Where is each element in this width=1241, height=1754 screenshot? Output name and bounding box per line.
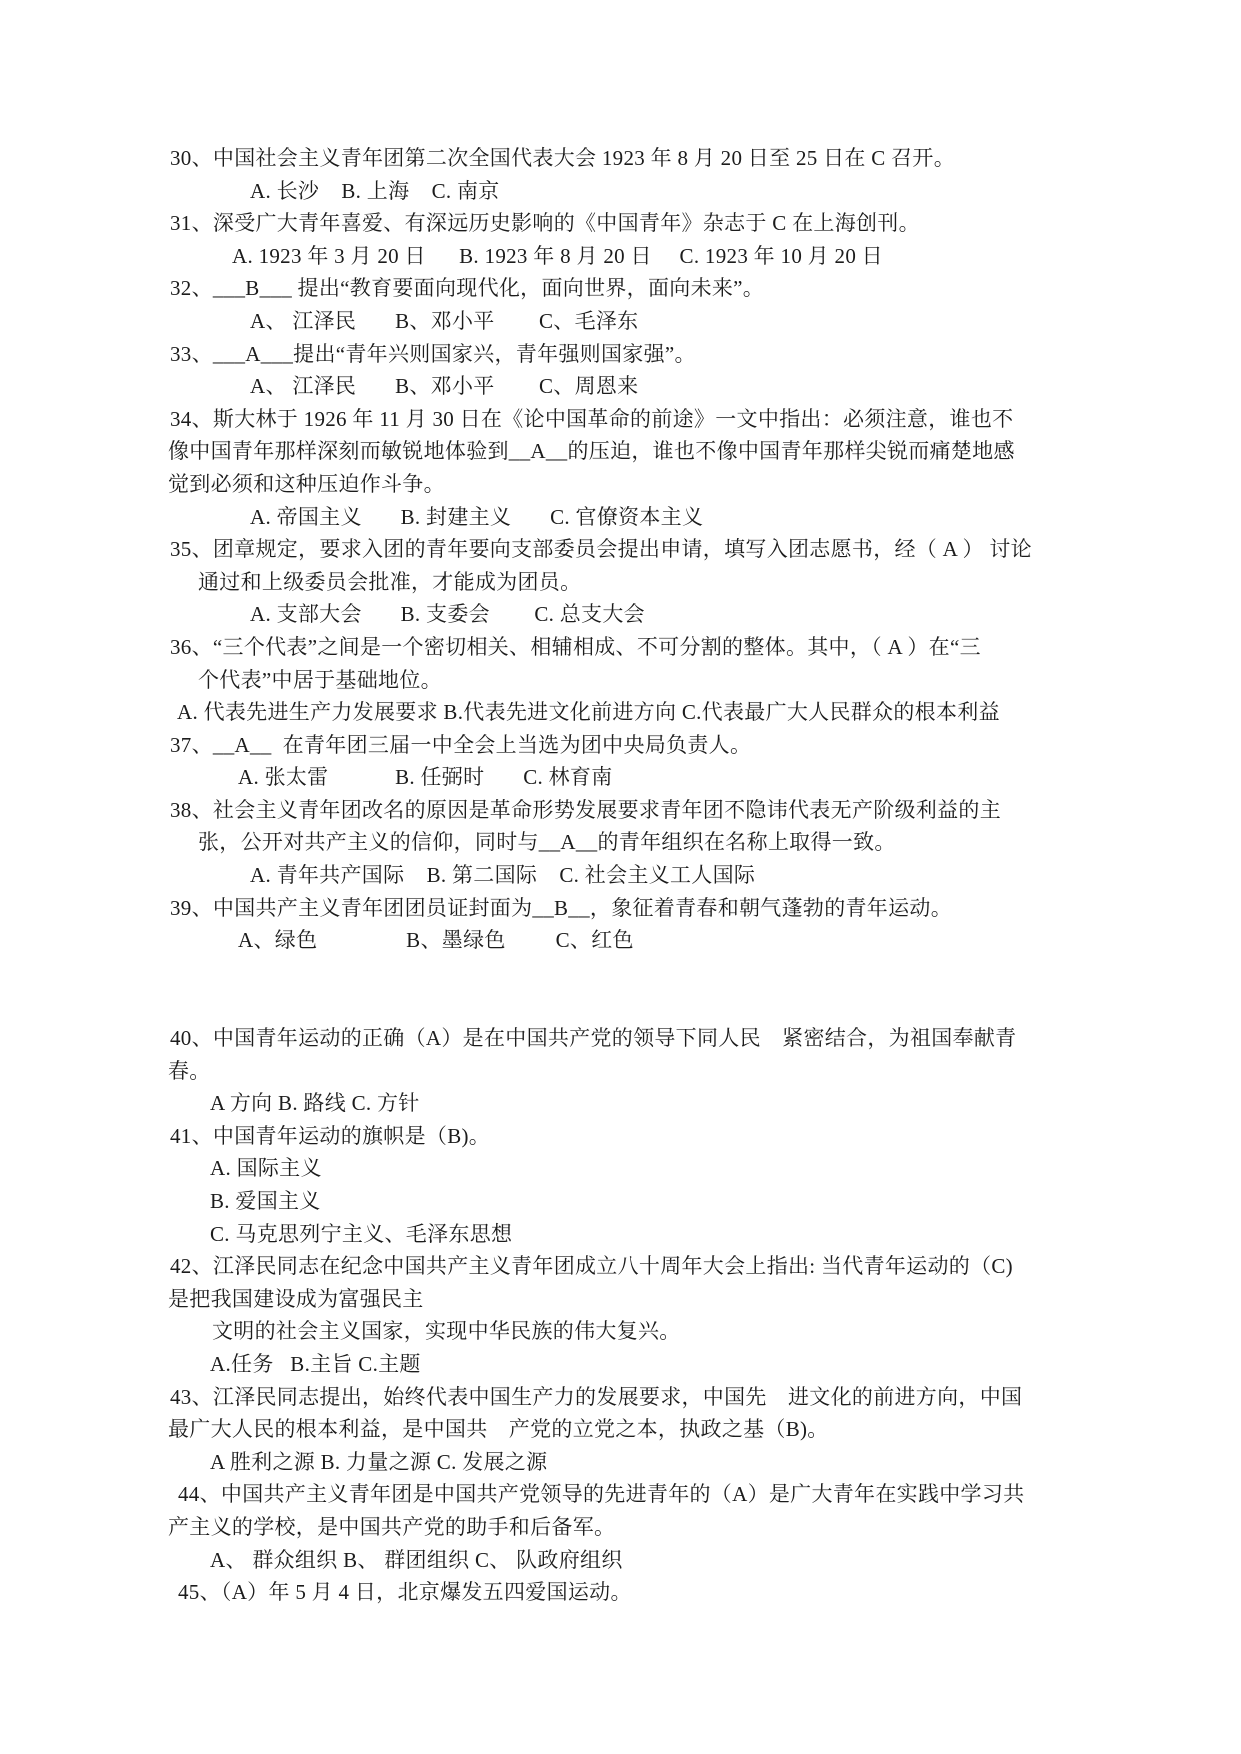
quiz-line: A. 帝国主义 B. 封建主义 C. 官僚资本主义 [140,501,1131,534]
quiz-line: A 胜利之源 B. 力量之源 C. 发展之源 [140,1446,1131,1479]
quiz-line: 35、团章规定，要求入团的青年要向支部委员会提出申请，填写入团志愿书，经（ A … [140,533,1131,566]
quiz-line: A.任务 B.主旨 C.主题 [140,1348,1131,1381]
quiz-line: 31、深受广大青年喜爱、有深远历史影响的《中国青年》杂志于 C 在上海创刊。 [140,207,1131,240]
quiz-line: A、 群众组织 B、 群团组织 C、 队政府组织 [140,1544,1131,1577]
quiz-line: 像中国青年那样深刻而敏锐地体验到__A__的压迫，谁也不像中国青年那样尖锐而痛楚… [140,435,1131,468]
quiz-line: 45、（A）年 5 月 4 日，北京爆发五四爱国运动。 [140,1576,1131,1609]
quiz-line: A 方向 B. 路线 C. 方针 [140,1087,1131,1120]
quiz-line: 41、中国青年运动的旗帜是（B)。 [140,1120,1131,1153]
quiz-line: A、 江泽民 B、邓小平 C、周恩来 [140,370,1131,403]
quiz-line: A. 长沙 B. 上海 C. 南京 [140,175,1131,208]
quiz-line: 觉到必须和这种压迫作斗争。 [140,468,1131,501]
blank-line [140,989,1131,1022]
quiz-line: 是把我国建设成为富强民主 [140,1283,1131,1316]
quiz-line: 32、___B___ 提出“教育要面向现代化，面向世界，面向未来”。 [140,272,1131,305]
quiz-line: 38、社会主义青年团改名的原因是革命形势发展要求青年团不隐讳代表无产阶级利益的主 [140,794,1131,827]
quiz-line: 44、中国共产主义青年团是中国共产党领导的先进青年的（A）是广大青年在实践中学习… [140,1478,1131,1511]
quiz-line: 39、中国共产主义青年团团员证封面为__B__，象征着青春和朝气蓬勃的青年运动。 [140,892,1131,925]
quiz-line: B. 爱国主义 [140,1185,1131,1218]
blank-line [140,957,1131,990]
quiz-line: 40、中国青年运动的正确（A）是在中国共产党的领导下同人民 紧密结合，为祖国奉献… [140,1022,1131,1055]
quiz-line: A. 青年共产国际 B. 第二国际 C. 社会主义工人国际 [140,859,1131,892]
quiz-line: 产主义的学校，是中国共产党的助手和后备军。 [140,1511,1131,1544]
quiz-line: 33、___A___提出“青年兴则国家兴，青年强则国家强”。 [140,338,1131,371]
quiz-line: A. 支部大会 B. 支委会 C. 总支大会 [140,598,1131,631]
quiz-line: 文明的社会主义国家，实现中华民族的伟大复兴。 [140,1315,1131,1348]
quiz-line: A. 国际主义 [140,1152,1131,1185]
quiz-line: A. 张太雷 B. 任弼时 C. 林育南 [140,761,1131,794]
quiz-line: 37、__A__ 在青年团三届一中全会上当选为团中央局负责人。 [140,729,1131,762]
quiz-line: 34、斯大林于 1926 年 11 月 30 日在《论中国革命的前途》一文中指出… [140,403,1131,436]
quiz-line: 春。 [140,1055,1131,1088]
page: { "page": { "background_color": "#ffffff… [0,0,1241,1754]
quiz-line: C. 马克思列宁主义、毛泽东思想 [140,1218,1131,1251]
quiz-line: A. 代表先进生产力发展要求 B.代表先进文化前进方向 C.代表最广大人民群众的… [140,696,1131,729]
quiz-line: 43、江泽民同志提出，始终代表中国生产力的发展要求，中国先 进文化的前进方向，中… [140,1381,1131,1414]
quiz-line: A、 江泽民 B、邓小平 C、毛泽东 [140,305,1131,338]
quiz-line: 张，公开对共产主义的信仰，同时与__A__的青年组织在名称上取得一致。 [140,826,1131,859]
quiz-line: 42、江泽民同志在纪念中国共产主义青年团成立八十周年大会上指出: 当代青年运动的… [140,1250,1131,1283]
quiz-line: 最广大人民的根本利益，是中国共 产党的立党之本，执政之基（B)。 [140,1413,1131,1446]
quiz-line: 30、中国社会主义青年团第二次全国代表大会 1923 年 8 月 20 日至 2… [140,142,1131,175]
quiz-document: 30、中国社会主义青年团第二次全国代表大会 1923 年 8 月 20 日至 2… [0,0,1241,1669]
quiz-line: 个代表”中居于基础地位。 [140,664,1131,697]
quiz-line: 36、“三个代表”之间是一个密切相关、相辅相成、不可分割的整体。其中，（ A ）… [140,631,1131,664]
quiz-line: A. 1923 年 3 月 20 日 B. 1923 年 8 月 20 日 C.… [140,240,1131,273]
quiz-line: 通过和上级委员会批准，才能成为团员。 [140,566,1131,599]
quiz-line: A、绿色 B、墨绿色 C、红色 [140,924,1131,957]
